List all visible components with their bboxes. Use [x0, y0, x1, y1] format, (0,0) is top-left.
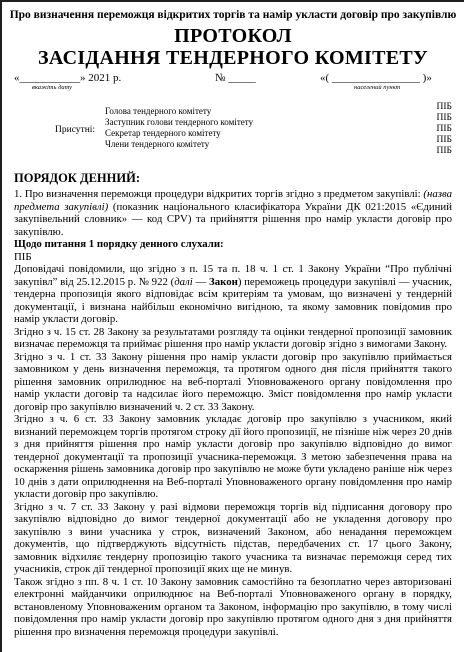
attendee-name-placeholder: ПІБ — [437, 146, 452, 157]
place-hint: населений пункт — [354, 84, 400, 91]
agenda-paragraph: Згідно з ч. 6 ст. 33 Закону замовник укл… — [14, 413, 452, 501]
agenda-paragraph: Згідно з ч. 7 ст. 33 Закону у разі відмо… — [14, 501, 452, 576]
dateline: «___________» 2021 р. вкажіть дату № ___… — [2, 72, 464, 96]
text-run: Згідно з ч. 6 ст. 33 Закону замовник укл… — [14, 413, 452, 500]
attendees-roles: Голова тендерного комітетуЗаступник голо… — [105, 102, 437, 157]
attendee-name-placeholder: ПІБ — [437, 124, 452, 135]
text-run: Згідно з ч. 15 ст. 28 Закону за результа… — [14, 326, 452, 351]
date-hint: вкажіть дату — [32, 84, 72, 91]
agenda-paragraph: Також згідно з пп. 8 ч. 1 ст. 10 Закону … — [14, 576, 452, 639]
attendee-name-placeholder: ПІБ — [437, 113, 452, 124]
attendees-names: ПІБПІБПІБПІБПІБ — [437, 102, 452, 157]
text-run: Згідно з ч. 7 ст. 33 Закону у разі відмо… — [14, 501, 452, 576]
document-subject: Про визначення переможця відкритих торгі… — [2, 8, 464, 22]
text-run: Також згідно з пп. 8 ч. 1 ст. 10 Закону … — [14, 576, 452, 638]
agenda-paragraph: Доповідачі повідомили, що згідно з п. 15… — [14, 263, 452, 326]
protocol-number-blank: № _____ — [215, 72, 256, 84]
attendee-role: Члени тендерного комітету — [105, 139, 437, 150]
attendees-block: Присутні: Голова тендерного комітетуЗаст… — [55, 102, 452, 157]
attendee-name-placeholder: ПІБ — [437, 102, 452, 113]
attendee-name-placeholder: ПІБ — [437, 135, 452, 146]
agenda-paragraph: Щодо питання 1 порядку денного слухали: — [14, 238, 452, 251]
attendee-role: Заступник голови тендерного комітету — [105, 117, 437, 128]
document-subtitle: ЗАСІДАННЯ ТЕНДЕРНОГО КОМІТЕТУ — [2, 47, 464, 69]
agenda-paragraph: Згідно з ч. 15 ст. 28 Закону за результа… — [14, 326, 452, 351]
attendee-role: Голова тендерного комітету — [105, 106, 437, 117]
agenda-body: 1. Про визначення переможця процедури ві… — [14, 188, 452, 638]
agenda-paragraph: Згідно з ч. 1 ст. 33 Закону рішення про … — [14, 351, 452, 414]
italic-run: далі — [174, 276, 193, 288]
agenda-paragraph: 1. Про визначення переможця процедури ві… — [14, 188, 452, 238]
place-blank: «( ________________ )» — [320, 72, 432, 84]
document-page: Про визначення переможця відкритих торгі… — [0, 0, 464, 652]
attendees-label: Присутні: — [55, 125, 105, 135]
text-run: — — [193, 276, 209, 288]
bold-run: Закон — [209, 276, 238, 288]
bold-run: Щодо питання 1 порядку денного слухали: — [14, 238, 224, 250]
text-run: ПІБ — [14, 251, 32, 263]
text-run: Згідно з ч. 1 ст. 33 Закону рішення про … — [14, 351, 452, 413]
attendee-role: Секретар тендерного комітету — [105, 128, 437, 139]
agenda-heading: ПОРЯДОК ДЕННИЙ: — [14, 171, 452, 186]
text-run: 1. Про визначення переможця процедури ві… — [14, 188, 423, 200]
document-title: ПРОТОКОЛ — [2, 25, 464, 47]
date-blank: «___________» 2021 р. — [14, 72, 121, 84]
agenda-paragraph: ПІБ — [14, 251, 452, 264]
